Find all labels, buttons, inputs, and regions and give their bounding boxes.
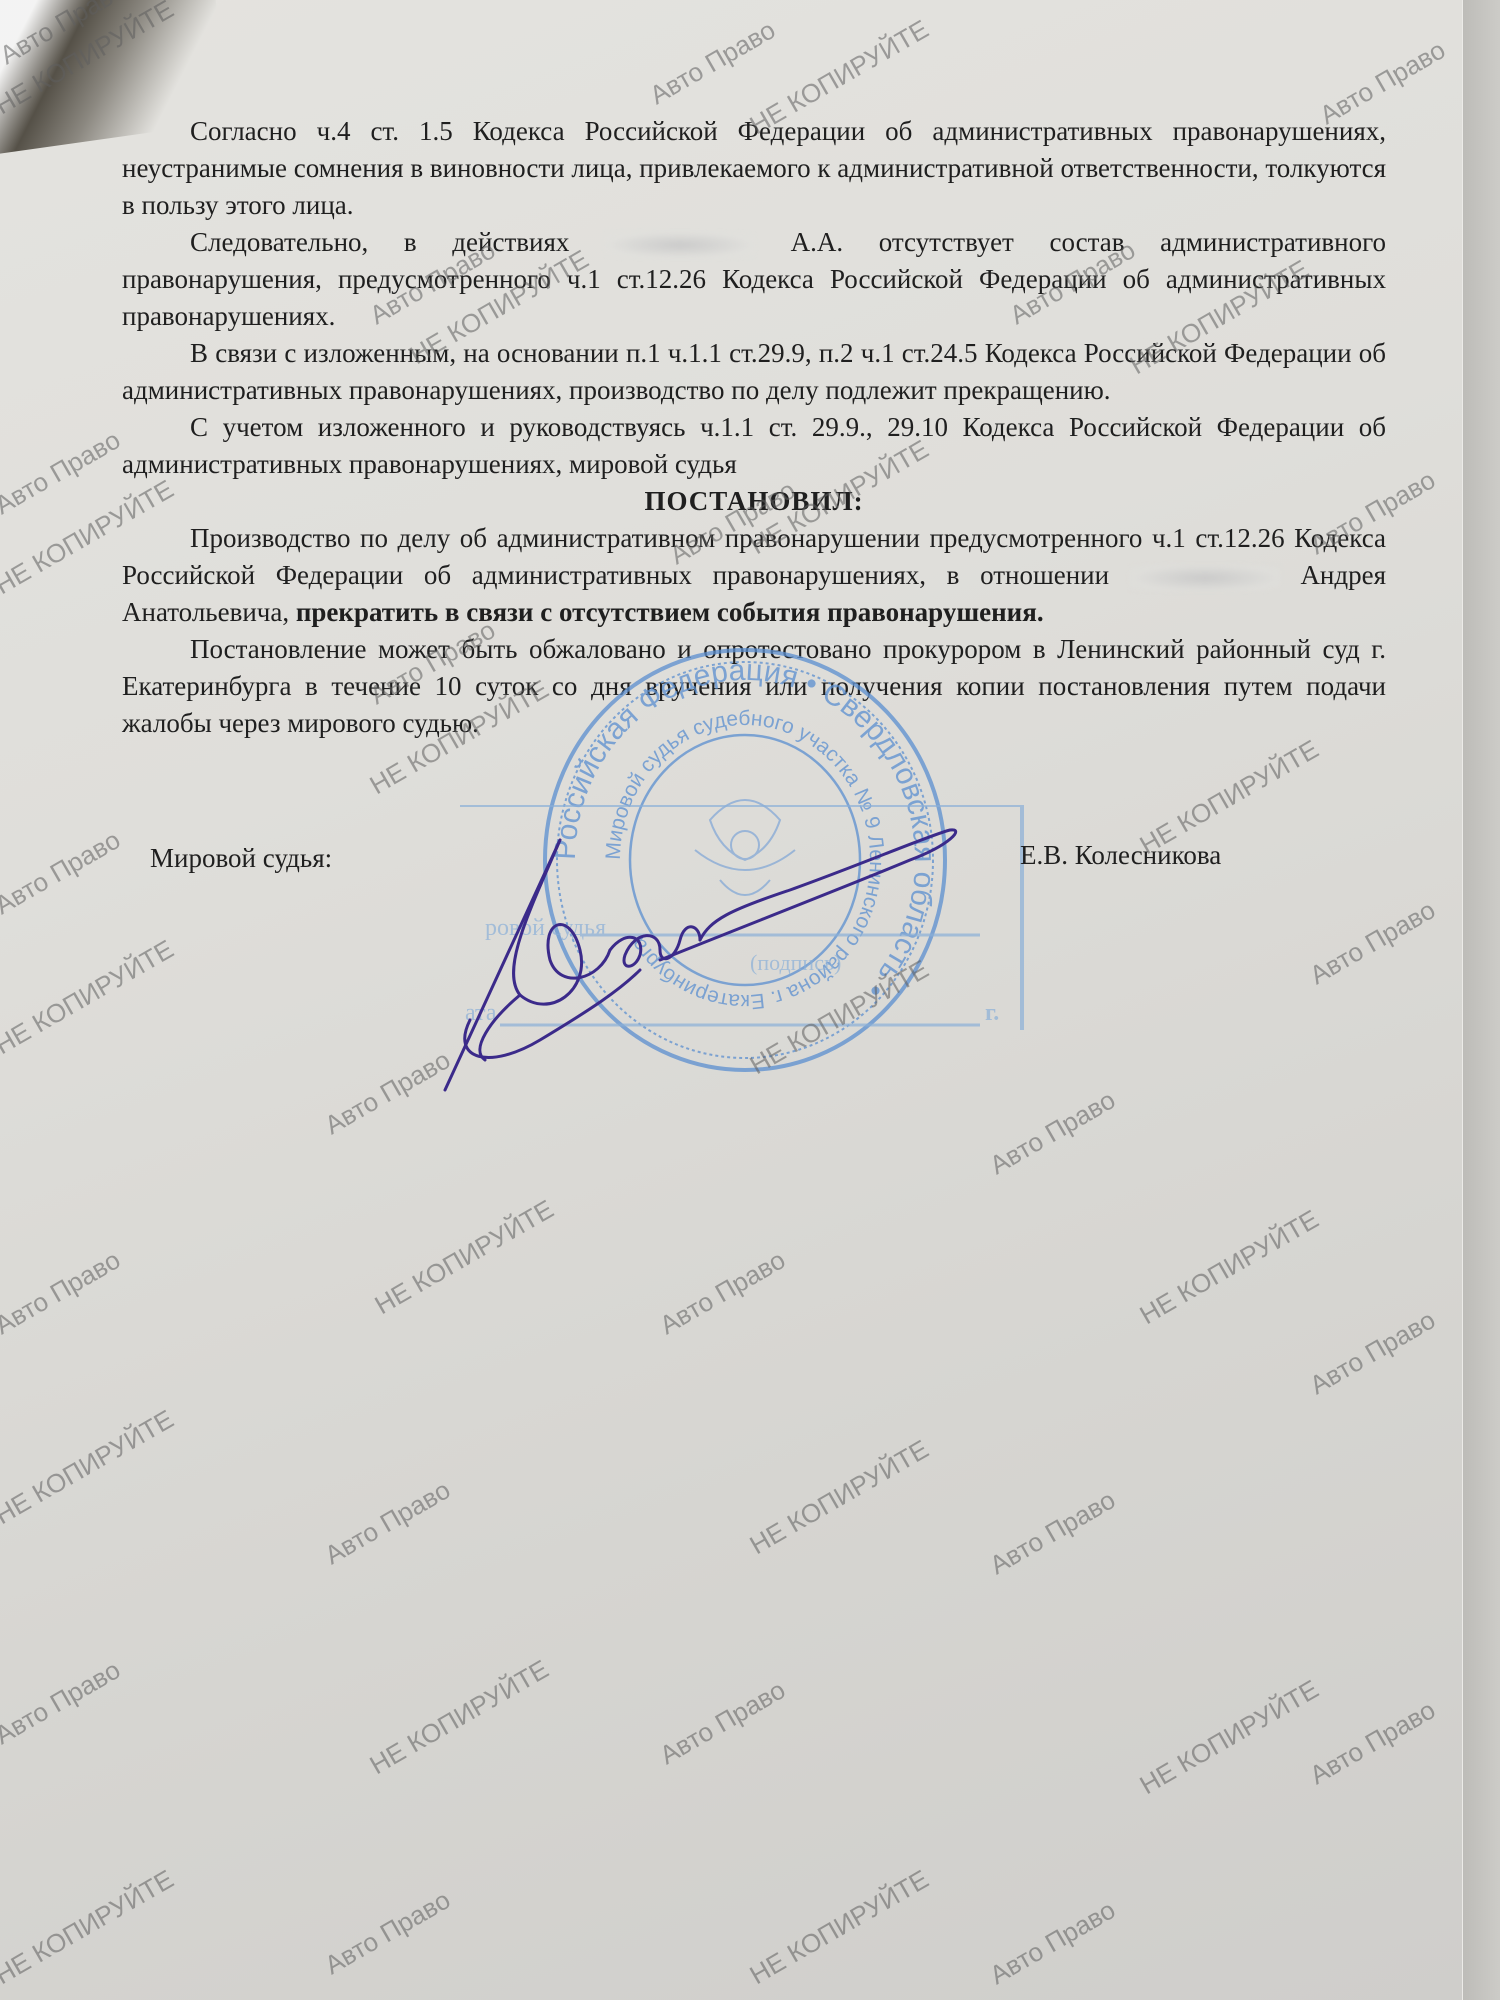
watermark-avto-pravo: Авто Право bbox=[320, 1884, 456, 1981]
ruling-heading: ПОСТАНОВИЛ: bbox=[122, 483, 1386, 520]
watermark-avto-pravo: Авто Право bbox=[0, 424, 126, 521]
watermark-ne-kopiruyte: НЕ КОПИРУЙТЕ bbox=[0, 1864, 179, 1991]
underlying-sheet bbox=[1462, 0, 1500, 2000]
judge-name: Е.В. Колесникова bbox=[1020, 840, 1221, 871]
watermark-ne-kopiruyte: НЕ КОПИРУЙТЕ bbox=[370, 1194, 560, 1321]
watermark-ne-kopiruyte: НЕ КОПИРУЙТЕ bbox=[745, 1434, 935, 1561]
watermark-avto-pravo: Авто Право bbox=[655, 1674, 791, 1771]
watermark-avto-pravo: Авто Право bbox=[655, 1244, 791, 1341]
watermark-avto-pravo: Авто Право bbox=[1305, 894, 1441, 991]
watermark-ne-kopiruyte: НЕ КОПИРУЙТЕ bbox=[0, 934, 179, 1061]
paragraph-ruling: Производство по делу об административном… bbox=[122, 520, 1386, 631]
paragraph-grounds: В связи с изложенным, на основании п.1 ч… bbox=[122, 335, 1386, 409]
signature-label: Мировой судья: bbox=[150, 843, 332, 874]
watermark-avto-pravo: Авто Право bbox=[0, 1654, 126, 1751]
watermark-avto-pravo: Авто Право bbox=[985, 1484, 1121, 1581]
watermark-avto-pravo: Авто Право bbox=[320, 1474, 456, 1571]
svg-text:г.: г. bbox=[985, 1000, 999, 1026]
redacted-surname bbox=[605, 232, 755, 258]
handwritten-signature bbox=[410, 820, 970, 1100]
watermark-ne-kopiruyte: НЕ КОПИРУЙТЕ bbox=[0, 1404, 179, 1531]
paragraph-presumption: Согласно ч.4 ст. 1.5 Кодекса Российской … bbox=[122, 113, 1386, 224]
paragraph-guided-by: С учетом изложенного и руководствуясь ч.… bbox=[122, 409, 1386, 483]
watermark-avto-pravo: Авто Право bbox=[1305, 1304, 1441, 1401]
watermark-avto-pravo: Авто Право bbox=[0, 1244, 126, 1341]
watermark-avto-pravo: Авто Право bbox=[645, 14, 781, 111]
watermark-ne-kopiruyte: НЕ КОПИРУЙТЕ bbox=[365, 1654, 555, 1781]
watermark-avto-pravo: Авто Право bbox=[985, 1084, 1121, 1181]
watermark-avto-pravo: Авто Право bbox=[0, 824, 126, 921]
watermark-ne-kopiruyte: НЕ КОПИРУЙТЕ bbox=[1135, 1674, 1325, 1801]
document-page: Согласно ч.4 ст. 1.5 Кодекса Российской … bbox=[0, 0, 1462, 2000]
watermark-avto-pravo: Авто Право bbox=[1305, 1694, 1441, 1791]
watermark-ne-kopiruyte: НЕ КОПИРУЙТЕ bbox=[1135, 1204, 1325, 1331]
redacted-surname-2 bbox=[1130, 565, 1280, 591]
watermark-ne-kopiruyte: НЕ КОПИРУЙТЕ bbox=[745, 1864, 935, 1991]
paragraph-conclusion: Следовательно, в действиях А.А. отсутств… bbox=[122, 224, 1386, 335]
watermark-avto-pravo: Авто Право bbox=[985, 1894, 1121, 1991]
